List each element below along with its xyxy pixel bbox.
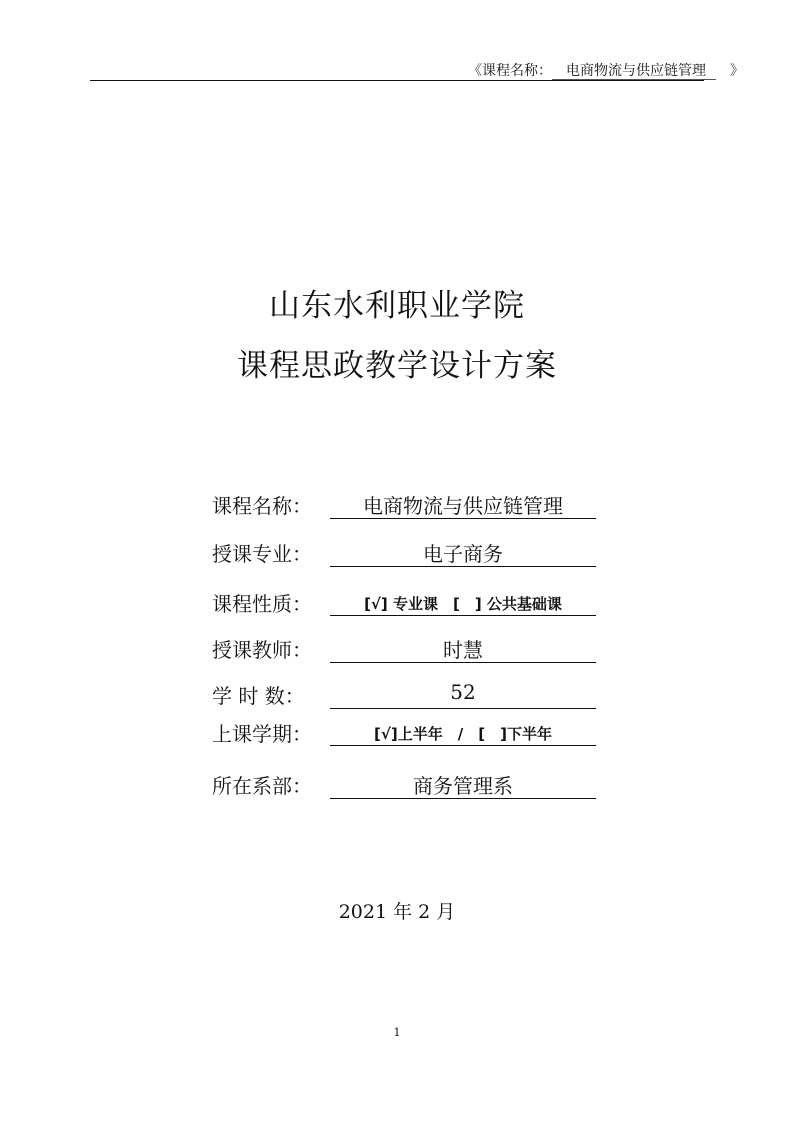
header-prefix: 《课程名称： [468, 63, 552, 79]
document-title: 课程思政教学设计方案 [0, 340, 794, 385]
header-course-name: 电商物流与供应链管理 [552, 63, 716, 80]
header-suffix: 》 [730, 63, 744, 79]
field-value: 商务管理系 [330, 770, 596, 799]
field-label: 授课专业： [212, 538, 312, 567]
institution-title: 山东水利职业学院 [0, 280, 794, 325]
page-number: 1 [0, 1026, 794, 1039]
field-label: 课程名称： [212, 490, 312, 519]
field-value: 时慧 [330, 634, 596, 663]
field-label: 授课教师： [212, 634, 312, 663]
document-date: 2021 年 2 月 [0, 897, 794, 924]
field-value: [√]上半年 / [ ]下半年 [330, 718, 596, 746]
field-label: 上课学期： [212, 718, 312, 747]
field-label: 课程性质： [212, 588, 312, 617]
field-value: 电商物流与供应链管理 [330, 490, 596, 519]
field-value: 电子商务 [330, 538, 596, 567]
field-value: 52 [330, 680, 596, 709]
running-header: 《课程名称：电商物流与供应链管理》 [90, 58, 704, 81]
field-label: 所在系部： [212, 770, 312, 799]
field-value: [√] 专业课 [ ] 公共基础课 [330, 588, 596, 616]
field-label: 学 时 数： [212, 680, 305, 709]
